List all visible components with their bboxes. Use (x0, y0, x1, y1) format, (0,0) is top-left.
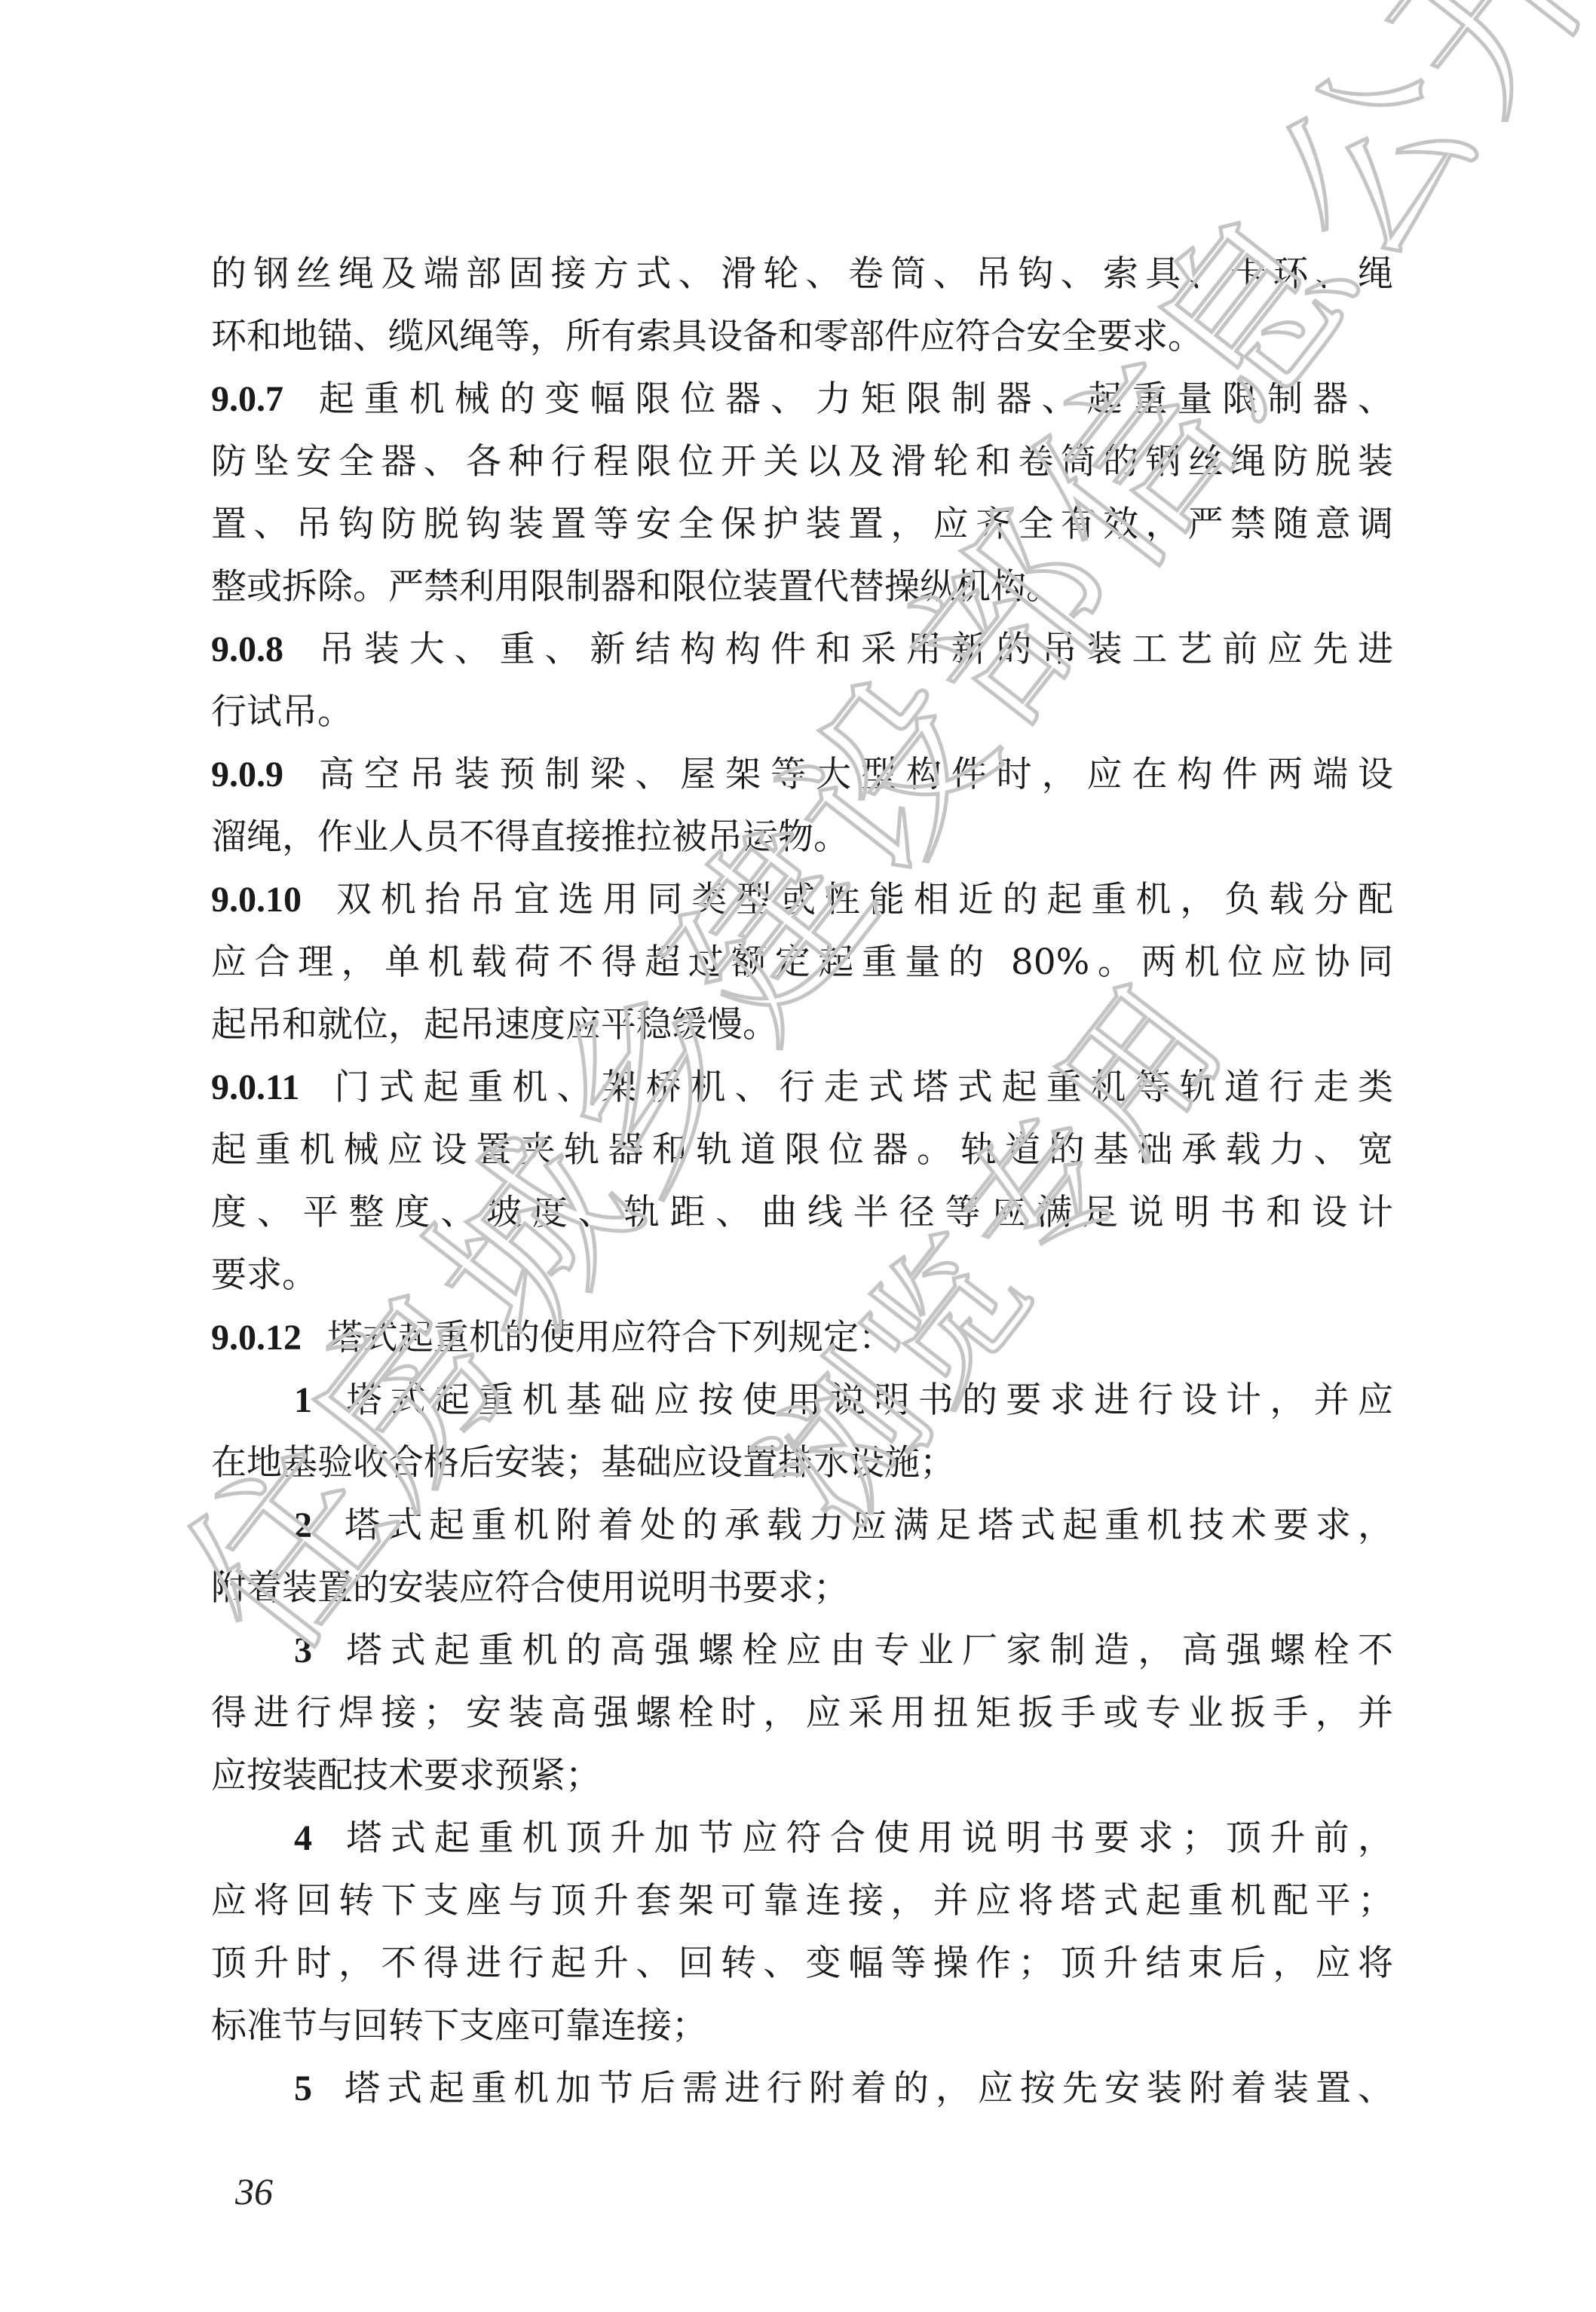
clause-line: 9.0.12塔式起重机的使用应符合下列规定： (211, 1306, 1393, 1369)
clause-number: 9.0.9 (211, 755, 283, 795)
text-line: 环和地锚、缆风绳等，所有索具设备和零部件应符合安全要求。 (211, 305, 1393, 368)
line-text: 整或拆除。严禁利用限制器和限位装置代替操纵机构。 (211, 566, 1061, 608)
text-line: 行试吊。 (211, 681, 1393, 743)
line-text: 度、平整度、坡度、轨距、曲线半径等应满足说明书和设计 (211, 1192, 1393, 1233)
text-line: 应按装配技术要求预紧； (211, 1744, 1393, 1807)
list-item-line: 1塔式起重机基础应按使用说明书的要求进行设计，并应 (211, 1369, 1393, 1432)
line-text: 塔式起重机的使用应符合下列规定： (327, 1317, 894, 1358)
line-text: 起重机械的变幅限位器、力矩限制器、起重量限制器、 (309, 378, 1393, 420)
line-text: 应将回转下支座与顶升套架可靠连接，并应将塔式起重机配平； (211, 1880, 1393, 1922)
line-text: 在地基验收合格后安装；基础应设置排水设施； (211, 1442, 955, 1484)
clause-line: 9.0.11门式起重机、架桥机、行走式塔式起重机等轨道行走类 (211, 1056, 1393, 1119)
body-text: 的钢丝绳及端部固接方式、滑轮、卷筒、吊钩、索具、卡环、绳环和地锚、缆风绳等，所有… (211, 243, 1393, 2120)
text-line: 起重机械应设置夹轨器和轨道限位器。轨道的基础承载力、宽 (211, 1119, 1393, 1181)
document-page: 的钢丝绳及端部固接方式、滑轮、卷筒、吊钩、索具、卡环、绳环和地锚、缆风绳等，所有… (0, 0, 1596, 2312)
text-line: 在地基验收合格后安装；基础应设置排水设施； (211, 1432, 1393, 1494)
text-line: 起吊和就位，起吊速度应平稳缓慢。 (211, 994, 1393, 1056)
text-line: 要求。 (211, 1244, 1393, 1306)
line-text: 吊装大、重、新结构构件和采用新的吊装工艺前应先进 (309, 629, 1393, 670)
clause-line: 9.0.10双机抬吊宜选用同类型或性能相近的起重机，负载分配 (211, 868, 1393, 931)
item-number: 5 (294, 2069, 312, 2108)
line-text: 应按装配技术要求预紧； (211, 1755, 601, 1796)
list-item-line: 2塔式起重机附着处的承载力应满足塔式起重机技术要求， (211, 1494, 1393, 1557)
clause-number: 9.0.12 (211, 1318, 302, 1358)
list-item-line: 3塔式起重机的高强螺栓应由专业厂家制造，高强螺栓不 (211, 1619, 1393, 1682)
clause-number: 9.0.10 (211, 880, 302, 920)
item-number: 1 (294, 1380, 312, 1420)
line-text: 应合理，单机载荷不得超过额定起重量的 80%。两机位应协同 (211, 942, 1393, 983)
clause-line: 9.0.9高空吊装预制梁、屋架等大型构件时，应在构件两端设 (211, 743, 1393, 806)
list-item-line: 5塔式起重机加节后需进行附着的，应按先安装附着装置、 (211, 2057, 1393, 2120)
text-line: 应合理，单机载荷不得超过额定起重量的 80%。两机位应协同 (211, 931, 1393, 994)
item-number: 3 (294, 1631, 312, 1670)
text-line: 顶升时，不得进行起升、回转、变幅等操作；顶升结束后，应将 (211, 1932, 1393, 1995)
clause-line: 9.0.8吊装大、重、新结构构件和采用新的吊装工艺前应先进 (211, 618, 1393, 681)
text-line: 的钢丝绳及端部固接方式、滑轮、卷筒、吊钩、索具、卡环、绳 (211, 243, 1393, 305)
text-line: 应将回转下支座与顶升套架可靠连接，并应将塔式起重机配平； (211, 1870, 1393, 1932)
text-line: 度、平整度、坡度、轨距、曲线半径等应满足说明书和设计 (211, 1181, 1393, 1244)
page-number: 36 (235, 2170, 273, 2213)
line-text: 置、吊钩防脱钩装置等安全保护装置，应齐全有效，严禁随意调 (211, 504, 1393, 545)
text-line: 得进行焊接；安装高强螺栓时，应采用扭矩扳手或专业扳手，并 (211, 1682, 1393, 1744)
line-text: 起吊和就位，起吊速度应平稳缓慢。 (211, 1004, 778, 1046)
clause-number: 9.0.11 (211, 1067, 299, 1107)
clause-line: 9.0.7起重机械的变幅限位器、力矩限制器、起重量限制器、 (211, 368, 1393, 430)
line-text: 得进行焊接；安装高强螺栓时，应采用扭矩扳手或专业扳手，并 (211, 1692, 1393, 1734)
item-number: 4 (294, 1818, 312, 1858)
clause-number: 9.0.8 (211, 629, 283, 669)
line-text: 溜绳，作业人员不得直接推拉被吊运物。 (211, 816, 849, 858)
line-text: 塔式起重机加节后需进行附着的，应按先安装附着装置、 (338, 2068, 1393, 2109)
line-text: 起重机械应设置夹轨器和轨道限位器。轨道的基础承载力、宽 (211, 1129, 1393, 1171)
line-text: 附着装置的安装应符合使用说明书要求； (211, 1567, 849, 1609)
line-text: 标准节与回转下支座可靠连接； (211, 2005, 707, 2047)
line-text: 高空吊装预制梁、屋架等大型构件时，应在构件两端设 (309, 754, 1393, 795)
line-text: 防坠安全器、各种行程限位开关以及滑轮和卷筒的钢丝绳防脱装 (211, 441, 1393, 482)
item-number: 2 (294, 1505, 312, 1545)
text-line: 防坠安全器、各种行程限位开关以及滑轮和卷筒的钢丝绳防脱装 (211, 430, 1393, 493)
line-text: 塔式起重机顶升加节应符合使用说明书要求；顶升前， (338, 1817, 1393, 1859)
text-line: 整或拆除。严禁利用限制器和限位装置代替操纵机构。 (211, 556, 1393, 618)
line-text: 顶升时，不得进行起升、回转、变幅等操作；顶升结束后，应将 (211, 1943, 1393, 1984)
line-text: 的钢丝绳及端部固接方式、滑轮、卷筒、吊钩、索具、卡环、绳 (211, 253, 1393, 295)
line-text: 门式起重机、架桥机、行走式塔式起重机等轨道行走类 (325, 1067, 1393, 1108)
text-line: 置、吊钩防脱钩装置等安全保护装置，应齐全有效，严禁随意调 (211, 493, 1393, 556)
line-text: 塔式起重机基础应按使用说明书的要求进行设计，并应 (338, 1380, 1393, 1421)
list-item-line: 4塔式起重机顶升加节应符合使用说明书要求；顶升前， (211, 1807, 1393, 1870)
line-text: 塔式起重机附着处的承载力应满足塔式起重机技术要求， (338, 1505, 1393, 1546)
line-text: 环和地锚、缆风绳等，所有索具设备和零部件应符合安全要求。 (211, 316, 1203, 357)
text-line: 标准节与回转下支座可靠连接； (211, 1995, 1393, 2057)
line-text: 塔式起重机的高强螺栓应由专业厂家制造，高强螺栓不 (338, 1630, 1393, 1671)
line-text: 双机抬吊宜选用同类型或性能相近的起重机，负载分配 (327, 879, 1393, 920)
clause-number: 9.0.7 (211, 379, 283, 419)
text-line: 溜绳，作业人员不得直接推拉被吊运物。 (211, 806, 1393, 868)
text-line: 附着装置的安装应符合使用说明书要求； (211, 1557, 1393, 1619)
line-text: 行试吊。 (211, 691, 353, 733)
line-text: 要求。 (211, 1254, 317, 1296)
